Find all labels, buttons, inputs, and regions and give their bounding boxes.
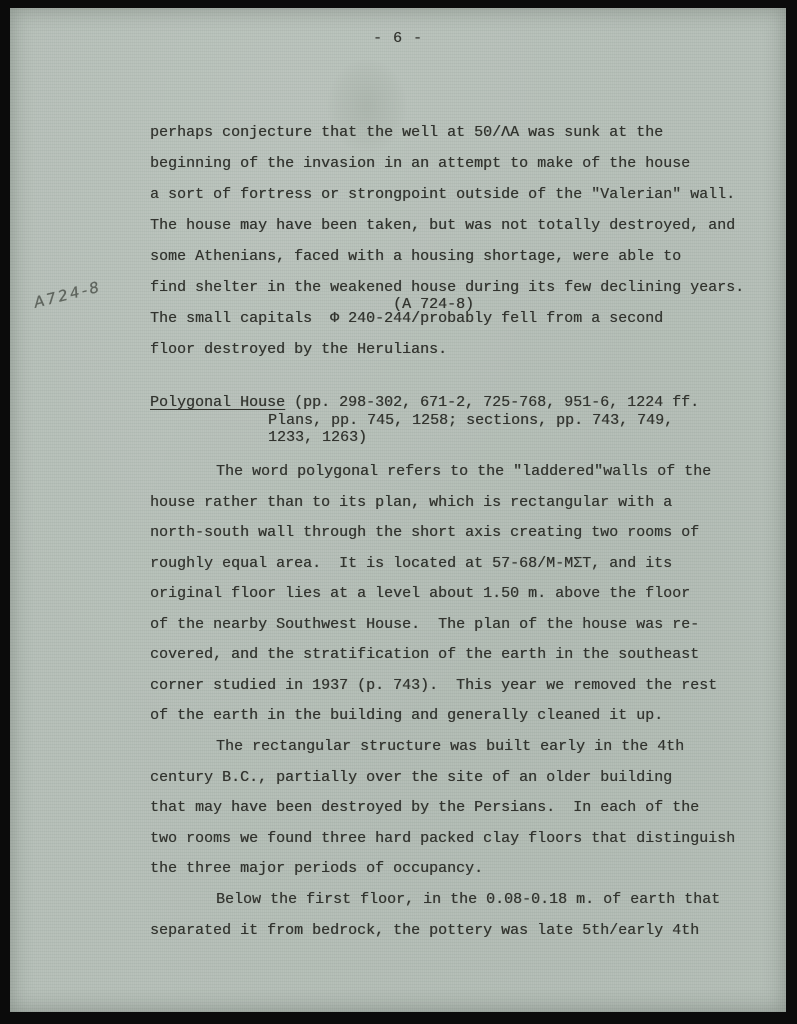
text-line: separated it from bedrock, the pottery w… (150, 915, 790, 946)
text-line: The rectangular structure was built earl… (150, 732, 790, 763)
text-line: of the nearby Southwest House. The plan … (150, 610, 790, 641)
text-line: covered, and the stratification of the e… (150, 640, 790, 671)
text-line: perhaps conjecture that the well at 50/Λ… (150, 117, 790, 148)
page-number: - 6 - (10, 30, 786, 47)
heading-polygonal-house: Polygonal House (pp. 298-302, 671-2, 725… (150, 394, 790, 447)
heading-line: Plans, pp. 745, 1258; sections, pp. 743,… (150, 412, 790, 430)
paragraph-rectangular-structure: The rectangular structure was built earl… (150, 732, 790, 885)
text-line: original floor lies at a level about 1.5… (150, 579, 790, 610)
document-page: - 6 - A724-8 perhaps conjecture that the… (10, 8, 786, 1012)
text-line: beginning of the invasion in an attempt … (150, 148, 790, 179)
text-line: north-south wall through the short axis … (150, 518, 790, 549)
paragraph-polygonal-description: The word polygonal refers to the "ladder… (150, 457, 790, 732)
text-line: two rooms we found three hard packed cla… (150, 824, 790, 855)
text-line: roughly equal area. It is located at 57-… (150, 549, 790, 580)
text-line: century B.C., partially over the site of… (150, 763, 790, 794)
text-line: a sort of fortress or strongpoint outsid… (150, 179, 790, 210)
text-line: of the earth in the building and general… (150, 701, 790, 732)
capitals-line-prefix: The small capitals Φ 240-244/ (150, 310, 420, 327)
paragraph-valerian-wall: perhaps conjecture that the well at 50/Λ… (150, 117, 790, 365)
heading-line: 1233, 1263) (150, 429, 790, 447)
scan-background: - 6 - A724-8 perhaps conjecture that the… (0, 0, 797, 1024)
text-line: house rather than to its plan, which is … (150, 488, 790, 519)
text-line: corner studied in 1937 (p. 743). This ye… (150, 671, 790, 702)
text-line: the three major periods of occupancy. (150, 854, 790, 885)
text-line: The house may have been taken, but was n… (150, 210, 790, 241)
text-line: some Athenians, faced with a housing sho… (150, 241, 790, 272)
text-line: Below the first floor, in the 0.08-0.18 … (150, 884, 790, 915)
heading-title: Polygonal House (150, 394, 285, 411)
text-line: floor destroyed by the Herulians. (150, 334, 790, 365)
text-line: The word polygonal refers to the "ladder… (150, 457, 790, 488)
heading-title-rest: (pp. 298-302, 671-2, 725-768, 951-6, 122… (285, 394, 699, 411)
paragraph-below-first-floor: Below the first floor, in the 0.08-0.18 … (150, 884, 790, 946)
insert-note-a724-8: (A 724-8) (393, 298, 474, 312)
text-line-with-insertion: The small capitals Φ 240-244/(A 724-8)pr… (150, 303, 790, 334)
heading-line: Polygonal House (pp. 298-302, 671-2, 725… (150, 394, 790, 412)
margin-note-handwritten: A724-8 (32, 278, 103, 312)
text-line: that may have been destroyed by the Pers… (150, 793, 790, 824)
